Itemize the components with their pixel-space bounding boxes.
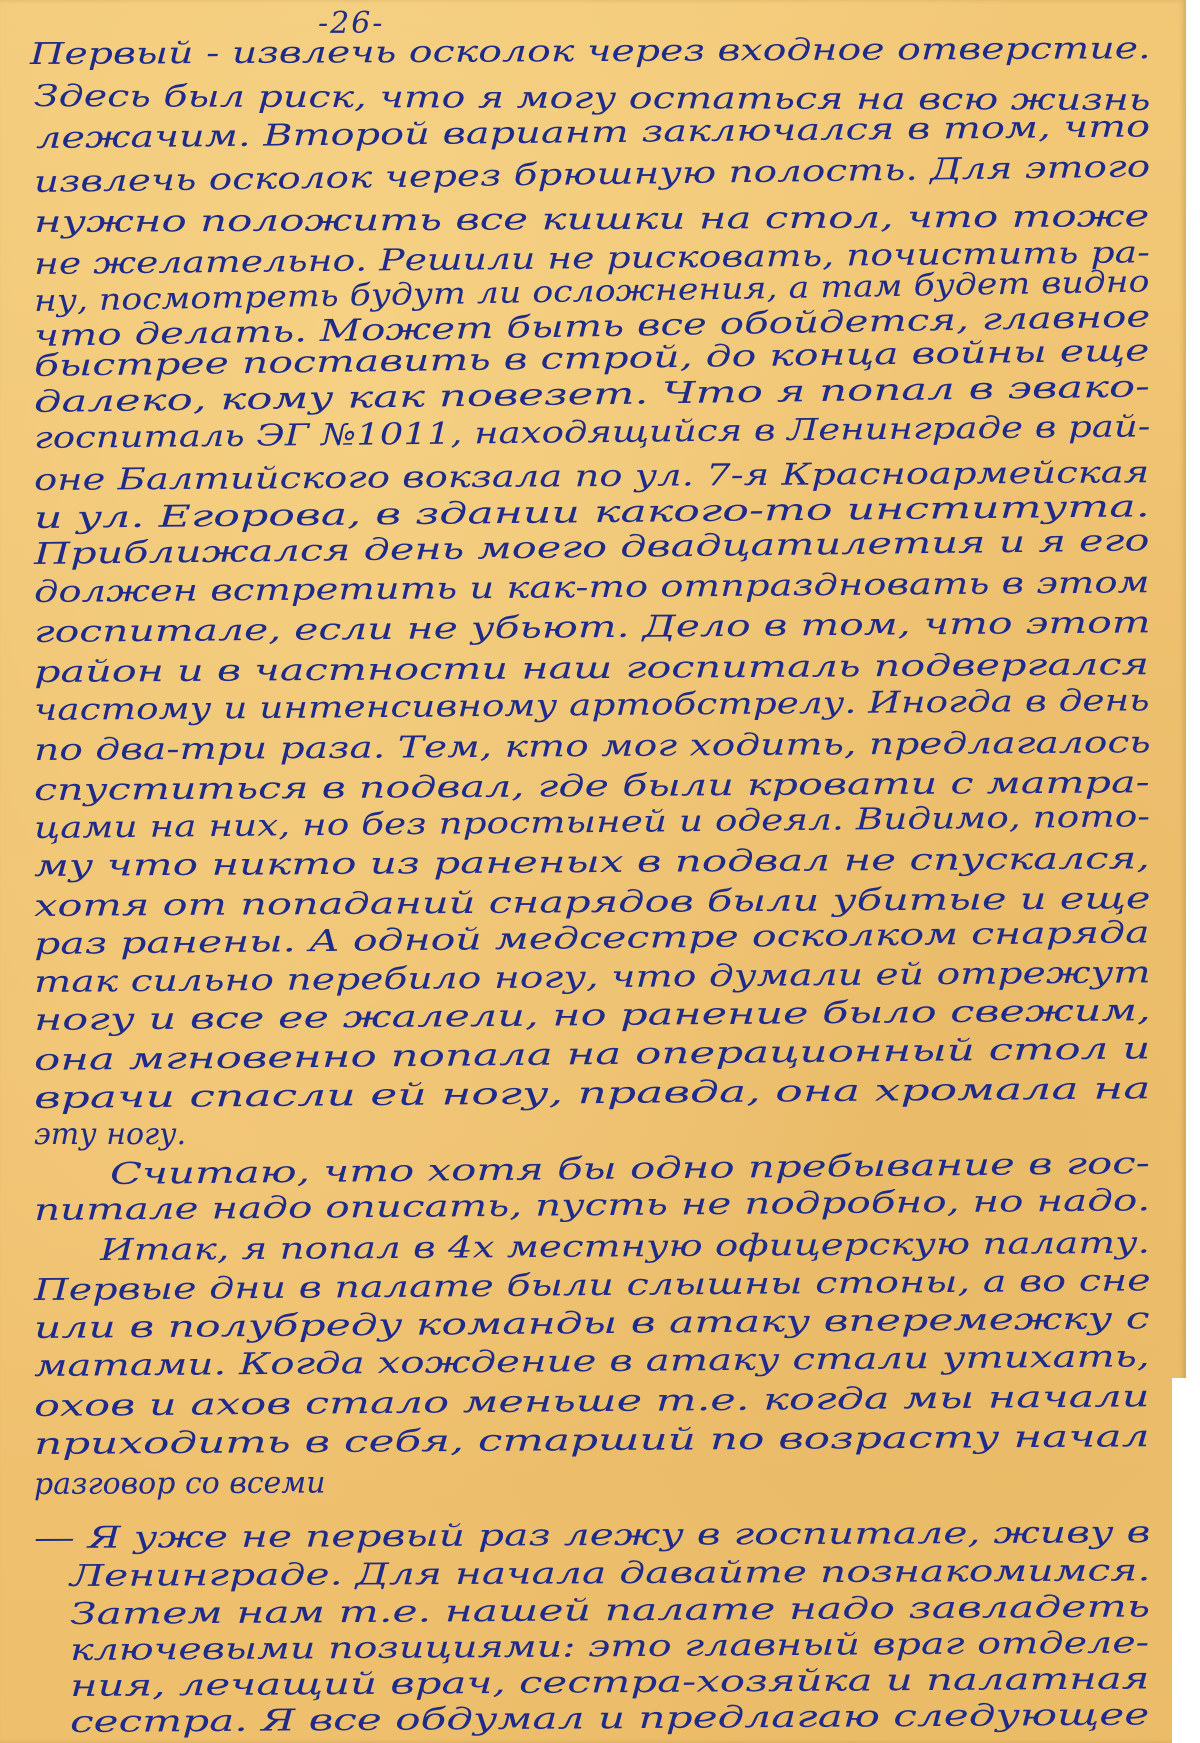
handwritten-line: питале надо описать, пусть не подробно, …	[34, 1186, 1150, 1226]
handwritten-line: ключевыми позициями: это главный враг от…	[70, 1628, 1149, 1666]
handwritten-text-body: Первый - извлечь осколок через входное о…	[0, 0, 1186, 1743]
handwritten-line: госпиталь ЭГ №1011, находящийся в Ленинг…	[34, 412, 1151, 454]
handwritten-line: извлечь осколок через брюшную полость. Д…	[34, 152, 1151, 198]
handwritten-line: приходить в себя, старший по возрасту на…	[34, 1422, 1150, 1460]
handwritten-line: она мгновенно попала на операционный сто…	[34, 1034, 1151, 1076]
handwritten-line: цами на них, но без простыней и одеял. В…	[34, 802, 1150, 844]
handwritten-line: лежачим. Второй вариант заключался в том…	[36, 112, 1150, 154]
handwritten-line: Итак, я попал в 4х местную офицерскую па…	[100, 1229, 1150, 1266]
handwritten-line: должен встретить и как-то отпраздновать …	[34, 568, 1150, 608]
handwritten-line: частому и интенсивному артобстрелу. Иног…	[34, 686, 1150, 726]
handwritten-line: раз ранены. А одной медсестре осколком с…	[34, 918, 1150, 960]
handwritten-line: эту ногу.	[34, 1120, 186, 1150]
handwritten-line: Первые дни в палате были слышны стоны, а…	[34, 1266, 1151, 1306]
handwritten-line: Затем нам т.е. нашей палате надо завладе…	[70, 1592, 1150, 1630]
handwritten-line: ногу и все ее жалели, но ранение было св…	[34, 996, 1151, 1036]
handwritten-line: врачи спасли ей ногу, правда, она хромал…	[34, 1074, 1151, 1114]
handwritten-line: нужно положить все кишки на стол, что то…	[34, 202, 1149, 238]
handwritten-line: по два-три раза. Тем, кто мог ходить, пр…	[34, 728, 1151, 766]
handwritten-line: район и в частности наш госпиталь подвер…	[34, 650, 1149, 688]
handwritten-line: ния, лечащий врач, сестра-хозяйка и пала…	[70, 1664, 1150, 1702]
handwritten-line: так сильно перебило ногу, что думали ей …	[34, 958, 1151, 998]
handwritten-line: му что никто из раненых в подвал не спус…	[34, 844, 1150, 882]
handwritten-line: матами. Когда хождение в атаку стали ути…	[34, 1342, 1150, 1382]
handwritten-line: — Я уже не первый раз лежу в госпитале, …	[34, 1518, 1151, 1554]
handwritten-line: или в полубреду команды в атаку вперемеж…	[34, 1304, 1150, 1344]
handwritten-line: разговор со всеми	[34, 1468, 326, 1500]
handwritten-line: госпитале, если не убьют. Дело в том, чт…	[34, 608, 1151, 648]
handwritten-line: охов и ахов стало меньше т.е. когда мы н…	[34, 1382, 1150, 1422]
handwritten-line: Ленинграде. Для начала давайте познакоми…	[70, 1556, 1151, 1592]
handwritten-line: Первый - извлечь осколок через входное о…	[30, 34, 1151, 70]
handwritten-line: сестра. Я все обдумал и предлагаю следую…	[70, 1700, 1149, 1738]
